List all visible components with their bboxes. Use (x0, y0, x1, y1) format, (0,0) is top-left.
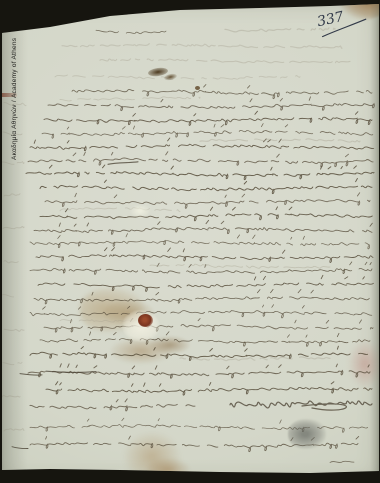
manuscript-page: Ακαδημία Αθηνών / Academy of Athens 337 (0, 0, 380, 483)
handwriting-ink (0, 0, 380, 483)
archive-watermark-label: Ακαδημία Αθηνών / Academy of Athens (9, 22, 20, 160)
scan-background: Ακαδημία Αθηνών / Academy of Athens 337 (0, 0, 380, 483)
